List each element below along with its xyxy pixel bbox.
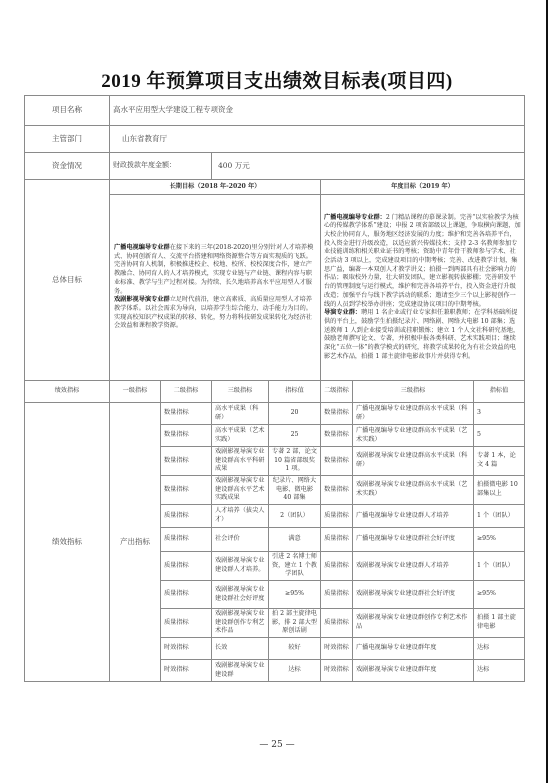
department-value: 山东省教育厅 xyxy=(110,126,525,153)
level3-cell: 戏剧影视导演专业建设群高水平艺术实践成果 xyxy=(212,476,269,505)
annual-level3-cell: 戏剧影视导演专业建设群高水平成果（科研） xyxy=(353,447,474,476)
header-annual-level3: 三级指标 xyxy=(353,381,474,403)
level3-cell: 戏剧影视导演专业建设群高水平科研成果 xyxy=(212,447,269,476)
annual-value-cell: 1 个（团队） xyxy=(474,505,525,528)
level3-cell: 社会评价 xyxy=(212,528,269,552)
level3-cell: 戏剧影视导演专业建设群 xyxy=(212,660,269,682)
level3-cell: 戏剧影视导演专业建设群创作专利艺术作品 xyxy=(212,609,269,638)
annual-level2-cell: 数量指标 xyxy=(321,447,353,476)
level2-cell: 时效指标 xyxy=(161,660,212,682)
page-number: — 25 — xyxy=(0,740,554,750)
annual-text-broadcast: 2 门精品课程的慕课录制。完善“以实验教学为核心的传媒教学体系”建设；申报 2 … xyxy=(324,214,521,308)
page-edge-divider xyxy=(546,0,548,783)
value-cell: 专著 2 部，论文 10 篇省部级奖 1 项。 xyxy=(269,447,321,476)
value-cell: 较好 xyxy=(269,638,321,660)
long-term-text-broadcast: 在接下来的三年(2018-2020)里分别针对人才培养模式、协同创新育人、交流平… xyxy=(114,244,313,294)
level2-cell: 质量指标 xyxy=(161,552,212,581)
level2-cell: 数量指标 xyxy=(161,425,212,447)
value-cell: 纪录片、网络大电影、微电影 40 部集 xyxy=(269,476,321,505)
annual-level3-cell: 戏剧影视导演专业建设群创作专利艺术作品 xyxy=(353,609,474,638)
annual-level2-cell: 质量指标 xyxy=(321,609,353,638)
level2-cell: 质量指标 xyxy=(161,609,212,638)
value-cell: 达标 xyxy=(269,660,321,682)
department-row: 主管部门 山东省教育厅 xyxy=(25,126,525,153)
annual-value-cell: 5 xyxy=(474,425,525,447)
annual-level2-cell: 质量指标 xyxy=(321,552,353,581)
annual-value-cell: 达标 xyxy=(474,660,525,682)
annual-level3-cell: 广播电视编导专业建设群人才培养 xyxy=(353,505,474,528)
header-level2: 二级指标 xyxy=(161,381,212,403)
value-cell: ≥95% xyxy=(269,581,321,609)
value-cell: 拍 2 部主旋律电影，排 2 部大型原创话剧 xyxy=(269,609,321,638)
level3-cell: 高水平成果（科研） xyxy=(212,403,269,425)
document-title: 2019 年预算项目支出绩效目标表(项目四) xyxy=(0,66,554,93)
long-term-goal-text: 广播电视编导专业群在接下来的三年(2018-2020)里分别针对人才培养模式、协… xyxy=(110,195,321,381)
annual-lead-directing: 导演专业群： xyxy=(324,309,361,316)
annual-level3-cell: 广播电视编导专业建设群高水平成果（艺术实践） xyxy=(353,425,474,447)
annual-value-cell: ≥95% xyxy=(474,581,525,609)
funding-label: 资金情况 xyxy=(25,153,110,180)
level2-cell: 质量指标 xyxy=(161,581,212,609)
level3-cell: 高水平成果（艺术实践） xyxy=(212,425,269,447)
level2-cell: 时效指标 xyxy=(161,638,212,660)
annual-level3-cell: 戏剧影视导演专业建设群人才培养 xyxy=(353,552,474,581)
annual-level3-cell: 戏剧影视导演专业建设群年度 xyxy=(353,660,474,682)
annual-level2-cell: 质量指标 xyxy=(321,528,353,552)
annual-value-cell: 3 xyxy=(474,403,525,425)
annual-value-cell: 1 个（团队） xyxy=(474,552,525,581)
annual-level3-cell: 戏剧影视导演专业建设群社会好评度 xyxy=(353,581,474,609)
annual-goal-header: 年度目标（2019 年） xyxy=(321,180,525,195)
annual-value-cell: 达标 xyxy=(474,638,525,660)
level2-cell: 数量指标 xyxy=(161,447,212,476)
level2-cell: 数量指标 xyxy=(161,476,212,505)
level3-cell: 戏剧影视导演专业建设群社会好评度 xyxy=(212,581,269,609)
annual-value-cell: 拍摄 1 部主旋律电影 xyxy=(474,609,525,638)
annual-level3-cell: 广播电视编导专业建设群年度 xyxy=(353,638,474,660)
goals-header-row: 总体目标 长期目标（2018 年-2020 年） 年度目标（2019 年） xyxy=(25,180,525,195)
annual-level2-cell: 时效指标 xyxy=(321,638,353,660)
value-cell: 引进 2 名博士师资，建立 1 个教学团队 xyxy=(269,552,321,581)
level2-cell: 数量指标 xyxy=(161,403,212,425)
header-level1: 一级指标 xyxy=(110,381,161,403)
funding-row: 资金情况 财政拨款年度金额： 400 万元 xyxy=(25,153,525,180)
annual-level2-cell: 数量指标 xyxy=(321,425,353,447)
overall-goal-label: 总体目标 xyxy=(25,180,110,381)
funding-sublabel: 财政拨款年度金额： xyxy=(110,153,212,180)
performance-goal-table: 项目名称 高水平应用型大学建设工程专项资金 主管部门 山东省教育厅 资金情况 财… xyxy=(24,95,525,682)
project-name-label: 项目名称 xyxy=(25,96,110,126)
annual-level2-cell: 时效指标 xyxy=(321,660,353,682)
annual-level2-cell: 数量指标 xyxy=(321,403,353,425)
level2-cell: 质量指标 xyxy=(161,528,212,552)
header-value: 指标值 xyxy=(269,381,321,403)
annual-level2-cell: 质量指标 xyxy=(321,581,353,609)
value-cell: 满意 xyxy=(269,528,321,552)
long-term-lead-broadcast: 广播电视编导专业群 xyxy=(114,244,170,251)
annual-value-cell: ≥95% xyxy=(474,528,525,552)
header-level3: 三级指标 xyxy=(212,381,269,403)
performance-indicator-label: 绩效指标 xyxy=(25,403,110,682)
level3-cell: 人才培养（拔尖人才） xyxy=(212,505,269,528)
annual-text-directing: 聘用 1 名企业或行业专家担任兼职教师；在学科基础所提供的平台上，鼓励学生拍摄纪… xyxy=(324,309,519,359)
level2-cell: 质量指标 xyxy=(161,505,212,528)
value-cell: 20 xyxy=(269,403,321,425)
department-label: 主管部门 xyxy=(25,126,110,153)
annual-level2-cell: 数量指标 xyxy=(321,476,353,505)
level3-cell: 长效 xyxy=(212,638,269,660)
annual-value-cell: 专著 1 本，论文 4 篇 xyxy=(474,447,525,476)
level3-cell: 戏剧影视导演专业建设群人才培养。 xyxy=(212,552,269,581)
header-performance-indicator: 绩效指标 xyxy=(25,381,110,403)
performance-header-row: 绩效指标 一级指标 二级指标 三级指标 指标值 二级指标 三级指标 指标值 xyxy=(25,381,525,403)
funding-amount: 400 万元 xyxy=(212,153,525,180)
output-indicator-label: 产出指标 xyxy=(110,403,161,682)
annual-goal-text: 广播电视编导专业群：2 门精品课程的慕课录制。完善“以实验教学为核心的传媒教学体… xyxy=(321,195,525,381)
table-row: 绩效指标 产出指标 数量指标 高水平成果（科研） 20 数量指标 广播电视编导专… xyxy=(25,403,525,425)
project-name-value: 高水平应用型大学建设工程专项资金 xyxy=(110,96,525,126)
header-annual-value: 指标值 xyxy=(474,381,525,403)
value-cell: 25 xyxy=(269,425,321,447)
project-name-row: 项目名称 高水平应用型大学建设工程专项资金 xyxy=(25,96,525,126)
annual-level2-cell: 质量指标 xyxy=(321,505,353,528)
annual-lead-broadcast: 广播电视编导专业群： xyxy=(324,214,386,221)
annual-level3-cell: 戏剧影视导演专业建设群高水平成果（艺术实践） xyxy=(353,476,474,505)
long-term-lead-drama: 戏剧影视导演专业群 xyxy=(114,296,170,303)
value-cell: 2（团队） xyxy=(269,505,321,528)
annual-level3-cell: 广播电视编导专业建设群高水平成果（科研） xyxy=(353,403,474,425)
header-annual-level2: 二级指标 xyxy=(321,381,353,403)
annual-level3-cell: 广播电视编导专业建设群社会好评度 xyxy=(353,528,474,552)
annual-value-cell: 拍摄微电影 10 部集以上 xyxy=(474,476,525,505)
long-term-goal-header: 长期目标（2018 年-2020 年） xyxy=(110,180,321,195)
